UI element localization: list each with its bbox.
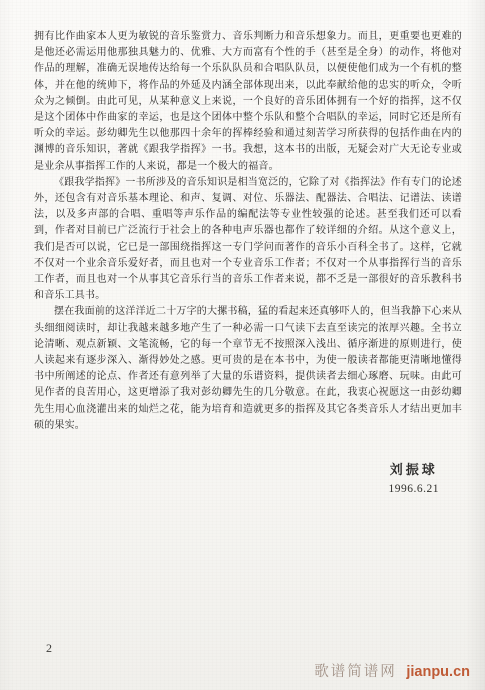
site-watermark: 歌谱简谱网 jianpu.cn (314, 660, 470, 681)
signature-block: 刘振球 1996.6.21 (389, 459, 440, 495)
preface-paragraph-3: 摆在我面前的这洋洋近二十万字的大摞书稿，猛的看起来还真够吓人的，但当我静下心来从… (34, 304, 462, 434)
author-signature-name: 刘振球 (389, 459, 440, 478)
preface-paragraph-2: 《跟我学指挥》一书所涉及的音乐知识是相当宽泛的，它除了对《指挥法》作有专门的论述… (34, 175, 462, 305)
preface-paragraph-1: 拥有比作曲家本人更为敏锐的音乐鉴赏力、音乐判断力和音乐想象力。而且，更重要也更难… (34, 29, 462, 175)
scanned-book-page: 拥有比作曲家本人更为敏锐的音乐鉴赏力、音乐判断力和音乐想象力。而且，更重要也更难… (0, 0, 485, 690)
page-number: 2 (46, 641, 52, 656)
watermark-site-name: 歌谱简谱网 (314, 664, 397, 680)
preface-text-block: 拥有比作曲家本人更为敏锐的音乐鉴赏力、音乐判断力和音乐想象力。而且，更重要也更难… (34, 29, 462, 434)
watermark-site-url: jianpu.cn (406, 664, 470, 680)
signature-date: 1996.6.21 (389, 483, 440, 495)
